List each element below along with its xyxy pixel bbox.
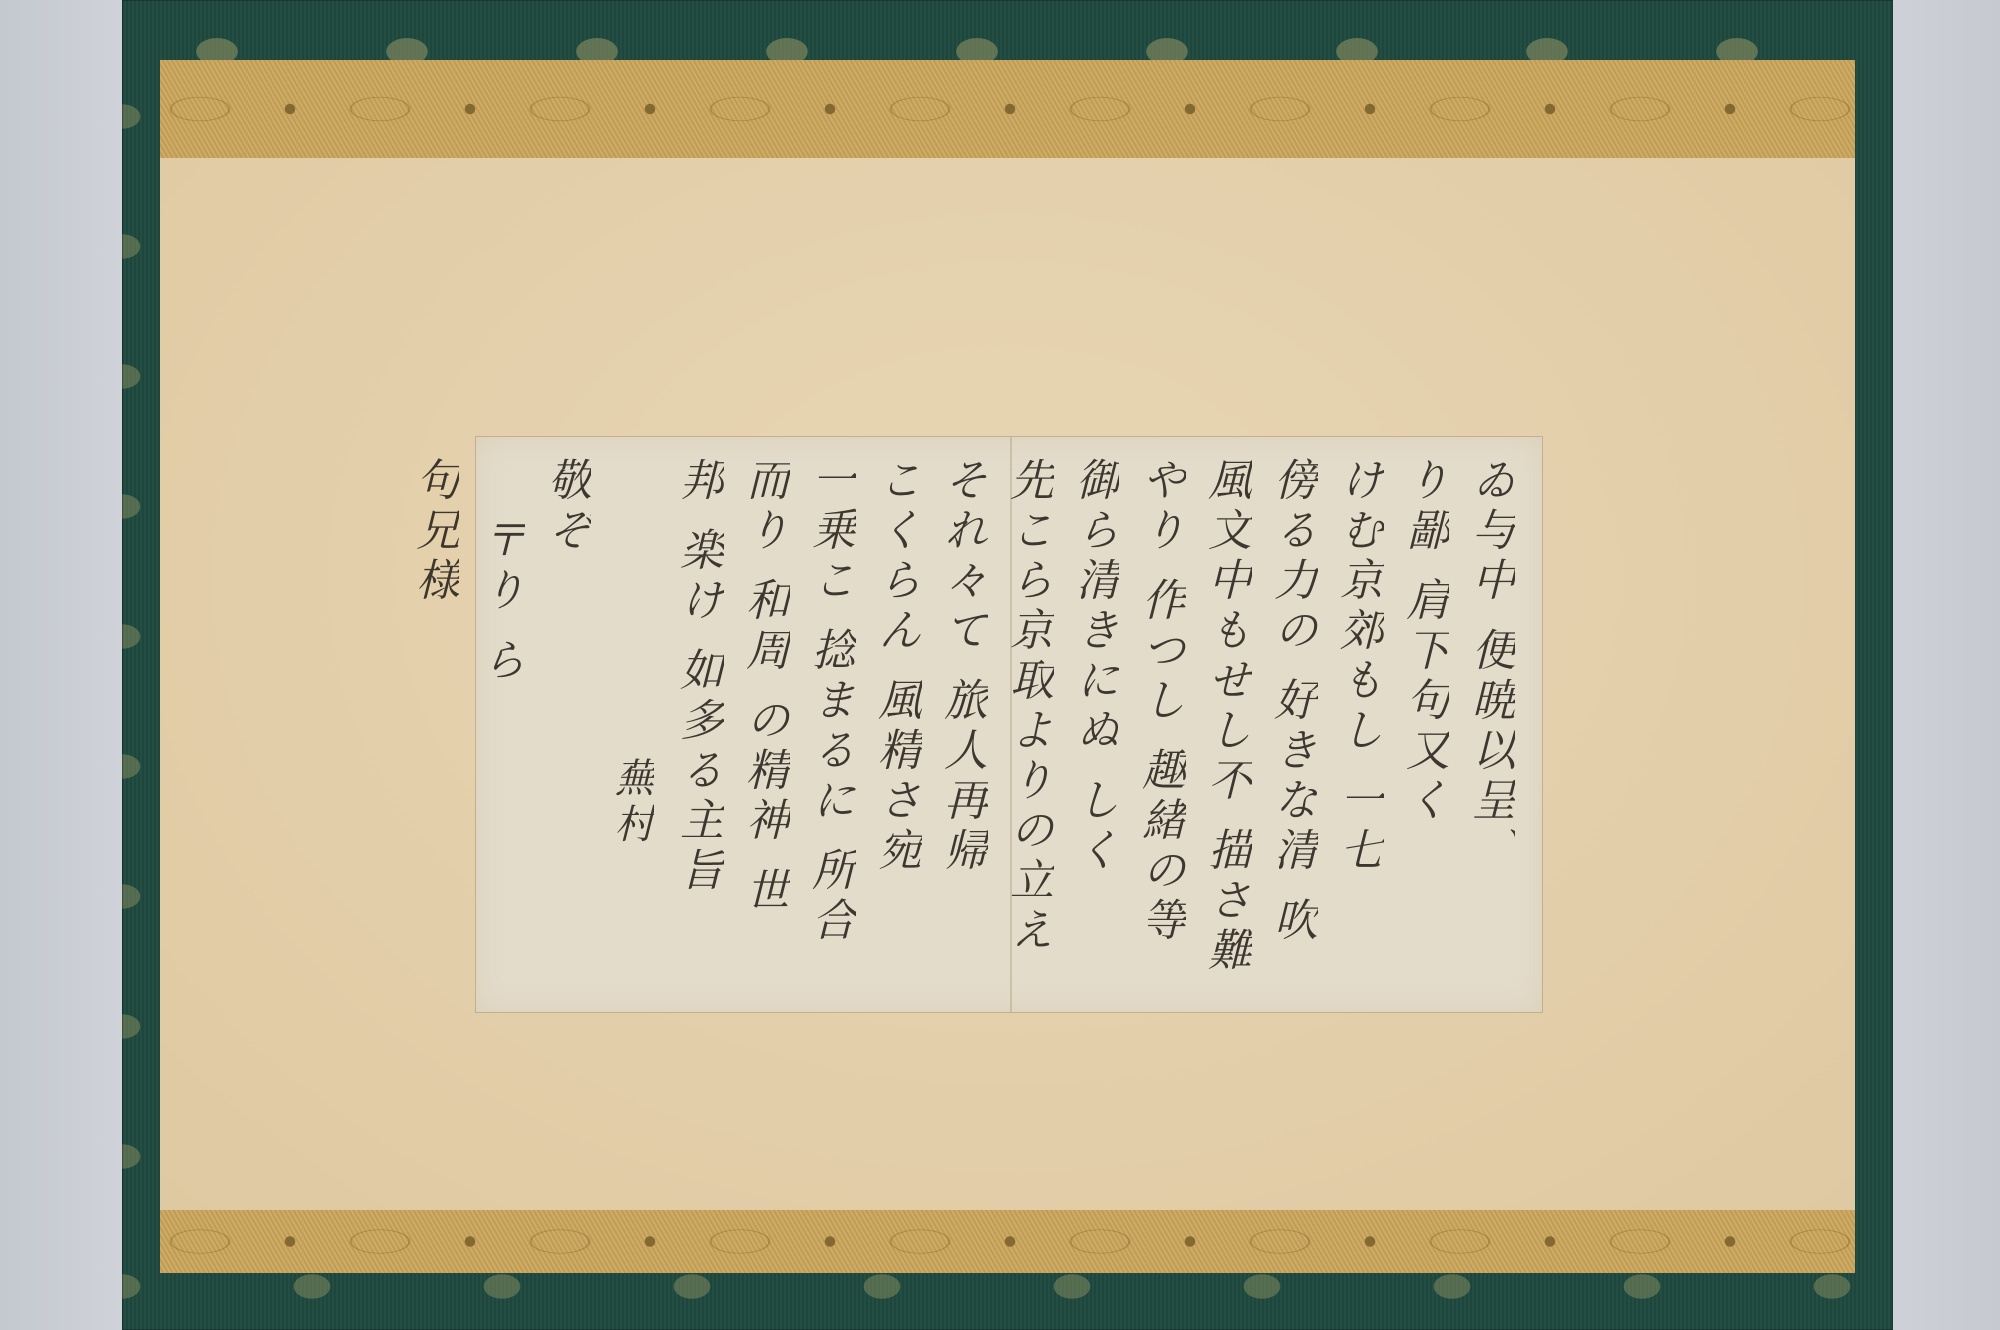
signature: 蕪村 bbox=[598, 457, 664, 992]
scroll-bottom-gold-brocade-band bbox=[160, 1210, 1855, 1273]
calligraphy-column: り鄙 肩下句又く bbox=[1390, 457, 1456, 992]
calligraphy-column: けむ京郊もし 一七 bbox=[1324, 457, 1390, 992]
calligraphy-column: それ々て 旅人再帰 bbox=[928, 457, 994, 992]
date-line: 〒り ら bbox=[466, 457, 532, 992]
calligraphy-column: こくらん 風精さ宛 bbox=[862, 457, 928, 992]
scroll-top-gold-brocade-band bbox=[160, 60, 1855, 158]
calligraphy-text: ゐ与中 便暁以呈、 り鄙 肩下句又く けむ京郊もし 一七 傍る力の 好きな清 吹… bbox=[496, 457, 1522, 992]
calligraphy-column: 風文中もせし不 描さ難 bbox=[1192, 457, 1258, 992]
addressee: 句兄様 bbox=[400, 457, 466, 992]
calligraphy-column: 邦 楽け 如多る主旨 bbox=[664, 457, 730, 992]
calligraphy-letter: ゐ与中 便暁以呈、 り鄙 肩下句又く けむ京郊もし 一七 傍る力の 好きな清 吹… bbox=[476, 437, 1542, 1012]
calligraphy-column: ゐ与中 便暁以呈、 bbox=[1456, 457, 1522, 992]
calligraphy-column: 而り 和周 の精神 世 bbox=[730, 457, 796, 992]
calligraphy-column: やり 作つし 趣緒の等 bbox=[1126, 457, 1192, 992]
calligraphy-column: 傍る力の 好きな清 吹 bbox=[1258, 457, 1324, 992]
calligraphy-column: 御ら清きにぬ しく bbox=[1060, 457, 1126, 992]
calligraphy-column: 一乗こ 捻まるに 所合 bbox=[796, 457, 862, 992]
calligraphy-column: 先こら京取よりの立え bbox=[994, 457, 1060, 992]
calligraphy-column: 敬ぞ bbox=[532, 457, 598, 992]
